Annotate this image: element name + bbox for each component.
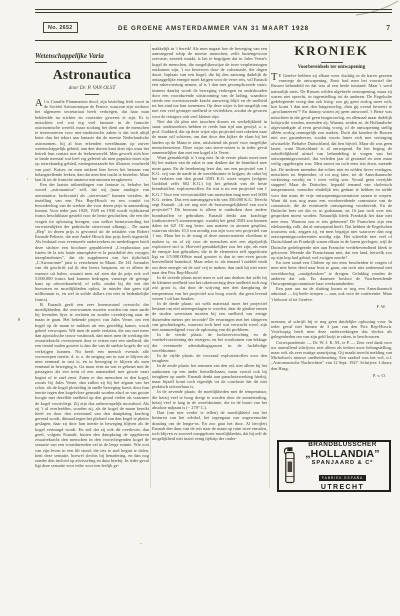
paragraph: In de derde plaats: uit welk materiaal m… [152, 301, 267, 332]
lead-paragraph: TE Genève hebben zij elkaar weer duchtig… [271, 73, 392, 260]
fire-extinguisher-icon [282, 446, 297, 486]
paragraph: In de zevende plaats: de moeilijkheden m… [152, 389, 267, 410]
kroniek-body: TE Genève hebben zij elkaar weer duchtig… [271, 73, 392, 302]
middle-column: makkelijk in 't bereik! Als men nagaat h… [152, 46, 267, 489]
kroniek-ornament-rule [321, 62, 343, 63]
ad-company-name: SPANJAARD & Cº [300, 460, 385, 466]
tail-signature: P. v. O. [271, 373, 392, 378]
article-body: Al is Camille Flammarion dood, zijn bezi… [35, 99, 149, 468]
left-column: Wetenschappelijke Varia Astronautica doo… [35, 45, 149, 489]
right-column: KRONIEK Voorbereidsels ter ontwapening T… [271, 43, 392, 437]
ornament-rule [85, 94, 99, 95]
kroniek-subtitle: Voorbereidsels ter ontwapening [271, 65, 392, 70]
paragraph-list: En toen stond een Chileen op om eens bes… [271, 260, 392, 302]
paragraph: En toen stond een Chileen op om eens bes… [271, 260, 392, 286]
ad-text-block: BRANDBLUSSCHER „HOLLANDIA” SPANJAARD & C… [300, 441, 385, 492]
paragraph: R. Esnault geeft een zeer lezenswaard ov… [35, 302, 149, 469]
astronautica-tail: noemen, al schrijft hij er nog geen duid… [271, 319, 392, 371]
paragraph: Een der laatste uitbreidingen van fantas… [35, 182, 149, 302]
paragraph-list: makkelijk in 't bereik! Als men nagaat h… [152, 46, 267, 441]
ad-factory-badge: FABRIEK ESPAÑA [319, 475, 366, 481]
scan-artifact [140, 543, 142, 544]
page-header: No. 2652 DE GROENE AMSTERDAMMER VAN 31 M… [35, 21, 392, 36]
column-rule-left [150, 44, 151, 488]
ad-brand-line: BRANDBLUSSCHER [300, 441, 385, 448]
ad-product-name: „HOLLANDIA” [300, 448, 385, 460]
paragraph-list: Een der laatste uitbreidingen van fantas… [35, 182, 149, 468]
hollandia-ad: BRANDBLUSSCHER „HOLLANDIA” SPANJAARD & C… [277, 440, 391, 492]
kroniek-title: KRONIEK [271, 43, 392, 59]
paragraph: Een paar uur na de sluiting kwam er nog … [271, 286, 392, 302]
newspaper-page: No. 2652 DE GROENE AMSTERDAMMER VAN 31 M… [0, 0, 400, 616]
paragraph: noemen, al schrijft hij er nog geen duid… [271, 319, 392, 340]
paragraph: In de vijfde plaats: de voorraad explosi… [152, 353, 267, 363]
article-byline: door Dr. P. VAN OLST [35, 85, 149, 91]
ad-city: UTRECHT [300, 484, 385, 491]
section-rubric: Wetenschappelijke Varia [35, 53, 107, 63]
paragraph: In de zesde plaats: het remmen van den v… [152, 363, 267, 389]
paragraph: makkelijk in 't bereik! Als men nagaat h… [152, 46, 267, 119]
drop-cap: T [271, 73, 277, 82]
column-rule-right [269, 44, 270, 488]
paragraph: Niet dat dit plan niet tusschen droom en… [152, 119, 267, 155]
page-number: 7 [386, 23, 390, 32]
drop-cap: A [35, 99, 43, 108]
lead-text: E Genève hebben zij elkaar weer duchtig … [271, 73, 392, 260]
paragraph: Want gemakkelijk is 't nog niet. In de e… [152, 155, 267, 275]
paragraph: Dan (om niet verder te tellen) de moeili… [152, 410, 267, 441]
paragraph-list: noemen, al schrijft hij er nog geen duid… [271, 319, 392, 371]
article-title: Astronautica [35, 67, 149, 83]
header-rule [35, 40, 392, 41]
scan-artifact [18, 318, 20, 321]
scan-artifact [27, 178, 28, 180]
lead-text: l is Camille Flammarion dood, zijn bezie… [35, 99, 149, 182]
top-double-rule [35, 9, 392, 13]
paragraph: In de tweede plaats moet men er wel aan … [152, 275, 267, 301]
kroniek-signature: F. W. [271, 304, 392, 309]
masthead: DE GROENE AMSTERDAMMER VAN 31 MAART 1928 [35, 25, 392, 32]
paragraph: In de vierde plaats: de luchtververschin… [152, 332, 267, 353]
lead-paragraph: Al is Camille Flammarion dood, zijn bezi… [35, 99, 149, 182]
paragraph: Correspondentie. — Dr. W. J. K. M., te P… [271, 340, 392, 371]
